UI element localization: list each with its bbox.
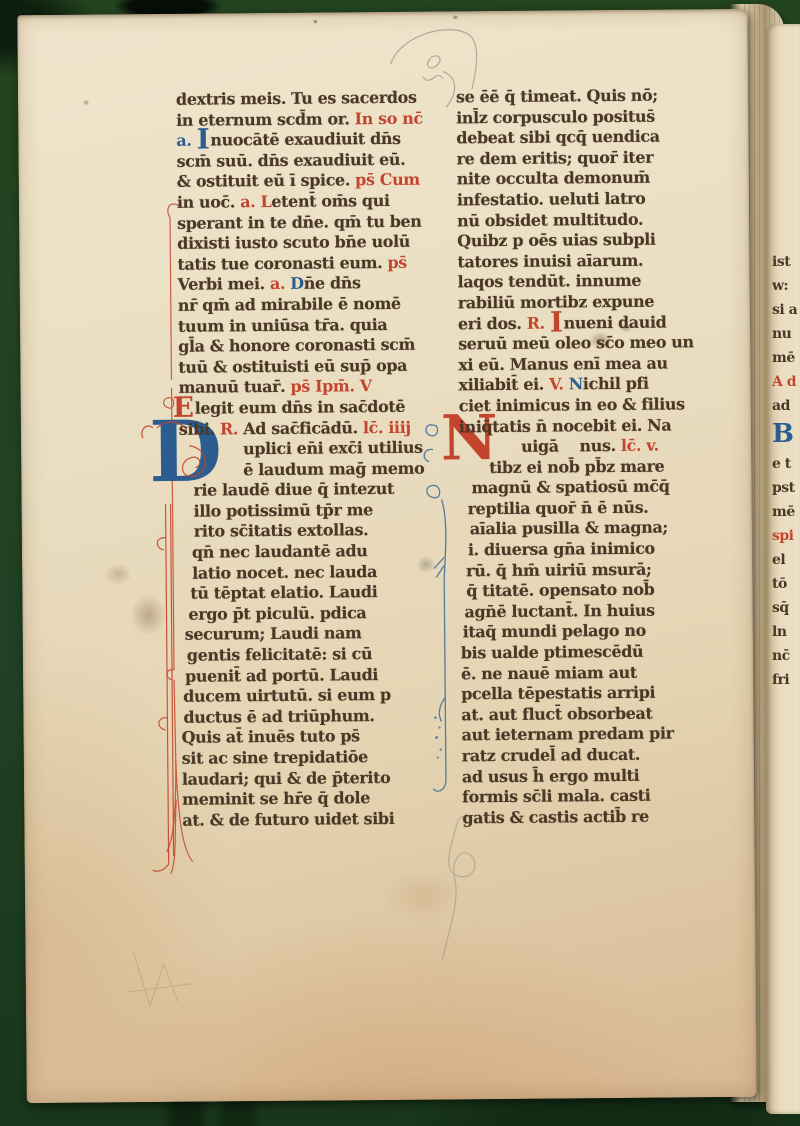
text-segment: tuū & ostituisti eū sup̄ opa bbox=[178, 356, 407, 377]
text-segment: ratz crudel̄ ad ducat. bbox=[462, 745, 640, 766]
text-segment: N bbox=[569, 375, 583, 394]
text-line: ē. ne nauē miam aut bbox=[461, 661, 761, 684]
text-line: gl̄a & honore coronasti scm̄ bbox=[178, 334, 478, 357]
text-segment: Ad sac̄ficādū. bbox=[243, 418, 363, 438]
text-segment: ē laudum maḡ memo bbox=[243, 458, 424, 479]
text-line: debeat sibi qcq̄ uendica bbox=[456, 126, 756, 149]
text-segment: ciet inimicus in eo & filius bbox=[459, 394, 685, 415]
text-segment: debeat sibi qcq̄ uendica bbox=[456, 127, 659, 148]
text-segment: nite occulta demonum̄ bbox=[457, 168, 650, 189]
text-segment: tū tēptat elatio. Laudi bbox=[190, 582, 377, 603]
text-line: ergo p̄t piculū. pdica bbox=[188, 602, 480, 625]
edge-text-fragment: el bbox=[772, 548, 798, 572]
text-segment: ad usus h̄ ergo multi bbox=[462, 765, 640, 786]
text-segment: uplici en̄i exc̄i utilius bbox=[243, 438, 423, 459]
text-line: xiliabit̄ ei. V. Nichil pfi bbox=[458, 373, 758, 396]
text-line: illo potissimū tp̄r me bbox=[194, 499, 480, 522]
text-segment: aīalia pusilla & magna; bbox=[470, 518, 668, 539]
text-column-right: se ēē q̄ timeat. Quis nō;inl̄z corpuscul… bbox=[456, 85, 762, 829]
faint-scratch-bottom-left bbox=[105, 944, 216, 1015]
text-line: tuum in uniūsa tr̄a. quia bbox=[178, 314, 478, 337]
text-segment: aut ieternam predam pir bbox=[461, 724, 673, 745]
text-segment: V. bbox=[549, 375, 569, 394]
text-line: laqos tendūt. innume bbox=[458, 270, 758, 293]
text-line: latio nocet. nec lauda bbox=[192, 561, 480, 584]
text-segment: reptilia quor̄ n̄ ē nūs. bbox=[468, 498, 649, 519]
text-segment: xi eū. Manus enī mea au bbox=[458, 353, 668, 374]
text-line: pcella tēpestatis arripi bbox=[461, 682, 761, 705]
text-segment: gl̄a & honore coronasti scm̄ bbox=[178, 335, 415, 356]
text-segment: at. aut fluct̄ obsorbeat bbox=[461, 704, 652, 725]
text-segment: nū obsidet multitudo. bbox=[457, 209, 643, 230]
text-segment: sit ac sine trepidatiōe bbox=[182, 747, 368, 768]
text-segment: ps̄ bbox=[387, 253, 407, 272]
text-line: ductus ē ad triūphum. bbox=[183, 705, 481, 728]
text-segment: sperant in te dn̄e. qm̄ tu ben bbox=[177, 211, 422, 232]
text-line: a. Inuocātē exaudiuit dn̄s bbox=[176, 128, 476, 151]
text-segment: nr̄ qm̄ ad mirabile ē nomē bbox=[178, 294, 401, 315]
text-segment: lc̄. v. bbox=[621, 436, 659, 455]
text-segment: I bbox=[197, 123, 210, 156]
text-line: Quis at̄ inuēs tuto ps̄ bbox=[181, 726, 481, 749]
text-segment: uigā nus. bbox=[521, 436, 621, 456]
text-segment: In so nc̄ bbox=[355, 108, 423, 128]
photograph-of-manuscript: { "palette": { "background_green": "#1f4… bbox=[0, 0, 800, 1126]
text-line: aut ieternam predam pir bbox=[461, 723, 761, 746]
text-line: & ostituit eū ī spice. ps̄ Cum bbox=[177, 170, 477, 193]
text-line: dextris meis. Tu es sacerdos bbox=[176, 87, 476, 110]
text-line: tibz ei nob̄ pb̄z mare bbox=[489, 455, 759, 478]
text-segment: bis ualde ptimescēdū bbox=[461, 642, 644, 663]
edge-text-fragment: mē bbox=[772, 500, 798, 524]
text-segment: eri dos. bbox=[458, 313, 527, 333]
text-segment: formis sc̄li mala. casti bbox=[462, 786, 650, 807]
text-line: q̄ titatē. opensato nob̄ bbox=[466, 579, 760, 602]
text-line: ad usus h̄ ergo multi bbox=[462, 764, 762, 787]
text-line: ratz crudel̄ ad ducat. bbox=[462, 744, 762, 767]
text-segment: tatores inuisi aīarum. bbox=[457, 251, 643, 272]
text-line: itaq̄ mundi pelago no bbox=[463, 620, 761, 643]
text-segment: puenit̄ ad portū. Laudi bbox=[185, 665, 378, 686]
text-segment: dextris meis. Tu es sacerdos bbox=[176, 88, 417, 109]
text-segment: & ostituit eū ī spice. bbox=[177, 171, 356, 192]
text-segment: ē. ne nauē miam aut bbox=[461, 662, 637, 683]
text-line: sperant in te dn̄e. qm̄ tu ben bbox=[177, 211, 477, 234]
text-line: infestatio. ueluti latro bbox=[457, 188, 757, 211]
text-segment: qn̄ nec laudantē adu bbox=[192, 541, 368, 562]
edge-text-fragment: spi bbox=[772, 524, 798, 548]
text-segment: magnū & spatiosū mc̄q̄ bbox=[471, 477, 669, 498]
text-segment: q̄ titatē. opensato nob̄ bbox=[466, 580, 654, 601]
text-line: sibi. R. Ad sac̄ficādū. lc̄. iiij bbox=[179, 417, 479, 440]
text-segment: n̄e dn̄s bbox=[304, 274, 361, 293]
text-line: reptilia quor̄ n̄ ē nūs. bbox=[468, 497, 760, 520]
text-line: uplici en̄i exc̄i utilius bbox=[243, 437, 479, 460]
text-segment: rū. q̄ hm̄ uiriū msurā; bbox=[466, 559, 652, 580]
text-line: laudari; qui & de p̄terito bbox=[182, 767, 482, 790]
text-line: meminit se hr̄e q̄ dole bbox=[182, 787, 482, 810]
text-line: se ēē q̄ timeat. Quis nō; bbox=[456, 85, 756, 108]
text-segment: ductus ē ad triūphum. bbox=[183, 706, 374, 727]
text-line: scm̄ suū. dn̄s exaudiuit eū. bbox=[176, 149, 476, 172]
edge-text-fragment: w: bbox=[772, 274, 798, 298]
text-line: puenit̄ ad portū. Laudi bbox=[185, 664, 481, 687]
text-segment: etent̄ om̄s qui bbox=[271, 191, 389, 211]
text-line: formis sc̄li mala. casti bbox=[462, 785, 762, 808]
pen-trial-bottom bbox=[414, 811, 515, 962]
text-line: rū. q̄ hm̄ uiriū msurā; bbox=[466, 558, 760, 581]
text-line: tatores inuisi aīarum. bbox=[457, 250, 757, 273]
text-segment: laudari; qui & de p̄terito bbox=[182, 768, 391, 789]
text-line: tatis tue coronasti eum. ps̄ bbox=[177, 252, 477, 275]
text-line: i. diuersa gn̄a inimico bbox=[468, 538, 760, 561]
text-line: seruū meū oleo sc̄o meo un bbox=[458, 332, 758, 355]
text-segment: gentis felicitatē: si cū bbox=[187, 644, 372, 665]
text-line: Verbi mei. a. Dn̄e dn̄s bbox=[178, 273, 478, 296]
text-segment: nuocātē exaudiuit dn̄s bbox=[210, 129, 400, 150]
text-segment: D bbox=[290, 274, 304, 293]
text-line: at. aut fluct̄ obsorbeat bbox=[461, 703, 761, 726]
edge-text-fragment: nc̄ bbox=[772, 644, 798, 668]
text-line: in uoc̄. a. Letent̄ om̄s qui bbox=[177, 190, 477, 213]
edge-text-fragment: ist bbox=[772, 250, 798, 274]
text-segment: illo potissimū tp̄r me bbox=[194, 500, 373, 521]
text-segment: inl̄z corpusculo positus̄ bbox=[456, 106, 655, 127]
text-segment: laqos tendūt. innume bbox=[458, 271, 642, 292]
edge-text-fragment: A d bbox=[772, 370, 798, 394]
text-line: at. & de futuro uidet sibi bbox=[182, 808, 482, 831]
text-segment: gatis & castis actib̄ re bbox=[462, 807, 649, 828]
text-segment: Verbi mei. bbox=[178, 274, 270, 294]
text-line: ducem uirtutū. si eum p bbox=[183, 684, 481, 707]
text-segment: meminit se hr̄e q̄ dole bbox=[182, 788, 370, 809]
text-line: in eternum scd̄m or. In so nc̄ bbox=[176, 108, 476, 131]
text-segment: a. bbox=[176, 131, 196, 150]
text-line: nr̄ qm̄ ad mirabile ē nomē bbox=[178, 293, 478, 316]
text-segment: ps̄ Cum bbox=[355, 170, 420, 190]
text-line: gatis & castis actib̄ re bbox=[462, 806, 762, 829]
text-segment: i. diuersa gn̄a inimico bbox=[468, 539, 655, 560]
text-segment: in uoc̄. bbox=[177, 192, 240, 212]
text-segment: manuū tuar̄. bbox=[178, 377, 290, 397]
edge-text-fragment: e t bbox=[772, 452, 798, 476]
text-segment: infestatio. ueluti latro bbox=[457, 189, 646, 210]
text-line: gentis felicitatē: si cū bbox=[187, 643, 481, 666]
text-line: rie laudē diue q̄ intezut bbox=[193, 478, 479, 501]
text-segment: at. & de futuro uidet sibi bbox=[182, 809, 394, 830]
text-line: manuū tuar̄. ps̄ Ipm̄. V bbox=[178, 376, 478, 399]
edge-text-fragment: sq̄ bbox=[772, 596, 798, 620]
edge-text-fragment: nu bbox=[772, 322, 798, 346]
text-segment: tuum in uniūsa tr̄a. quia bbox=[178, 315, 388, 336]
text-segment: dixisti iusto scuto bn̄e uolū bbox=[177, 232, 410, 253]
text-segment: ergo p̄t piculū. pdica bbox=[188, 603, 366, 624]
text-segment: R. bbox=[527, 313, 550, 332]
edge-text-fragment: tō bbox=[772, 572, 798, 596]
text-segment: itaq̄ mundi pelago no bbox=[463, 621, 646, 642]
text-segment: se ēē q̄ timeat. Quis nō; bbox=[456, 86, 658, 107]
next-page-text: istw:si anumēA dadBe tpstmēspieltōsq̄lnn… bbox=[772, 250, 800, 692]
edge-text-fragment: pst bbox=[772, 476, 798, 500]
text-segment: lc̄. iiij bbox=[363, 417, 411, 436]
text-segment: tatis tue coronasti eum. bbox=[177, 253, 387, 274]
text-segment: Quibz p oēs uias subpli bbox=[457, 230, 655, 251]
text-segment: latio nocet. nec lauda bbox=[192, 562, 377, 583]
text-line: re dem eritis; quor̄ iter bbox=[456, 147, 756, 170]
text-line: tū tēptat elatio. Laudi bbox=[190, 581, 480, 604]
edge-text-fragment: ad bbox=[772, 394, 798, 418]
text-line: aīalia pusilla & magna; bbox=[470, 517, 760, 540]
text-segment: rito sc̄itatis extollas. bbox=[194, 521, 369, 542]
text-segment: rie laudē diue q̄ intezut bbox=[193, 479, 394, 500]
text-segment: pcella tēpestatis arripi bbox=[461, 683, 655, 704]
manuscript-page: D N bbox=[17, 9, 756, 1103]
text-line: qn̄ nec laudantē adu bbox=[192, 540, 480, 563]
text-segment: iniq̄tatis n̄ nocebit ei. Na bbox=[459, 415, 672, 436]
text-segment: ps̄ Ipm̄. V bbox=[290, 376, 371, 396]
text-line: securum; Laudi nam bbox=[185, 623, 481, 646]
text-segment: scm̄ suū. dn̄s exaudiuit eū. bbox=[176, 150, 405, 171]
text-segment: tibz ei nob̄ pb̄z mare bbox=[489, 456, 664, 477]
text-line: magnū & spatiosū mc̄q̄ bbox=[471, 476, 759, 499]
edge-text-fragment: si a bbox=[772, 298, 798, 322]
text-line: rabiliū mortibz expune bbox=[458, 291, 758, 314]
text-segment: a. L bbox=[240, 192, 271, 211]
text-line: inl̄z corpusculo positus̄ bbox=[456, 105, 756, 128]
edge-text-fragment: ln bbox=[772, 620, 798, 644]
text-line: sit ac sine trepidatiōe bbox=[182, 746, 482, 769]
edge-text-fragment: B bbox=[772, 418, 798, 452]
text-segment: nueni dauid bbox=[564, 312, 667, 332]
text-line: eri dos. R. Inueni dauid bbox=[458, 311, 758, 334]
text-segment: agn̄ē luctant̄. In huius bbox=[464, 601, 654, 622]
text-segment: ichil pfi bbox=[583, 374, 649, 394]
text-segment: legit eum dn̄s in sac̄dotē bbox=[195, 397, 406, 418]
text-line: Elegit eum dn̄s in sac̄dotē bbox=[173, 396, 479, 419]
edge-text-fragment: mē bbox=[772, 346, 798, 370]
text-segment: Quis at̄ inuēs tuto ps̄ bbox=[181, 727, 359, 748]
text-line: bis ualde ptimescēdū bbox=[461, 641, 761, 664]
text-line: ciet inimicus in eo & filius bbox=[459, 394, 759, 417]
text-column-left: dextris meis. Tu es sacerdosin eternum s… bbox=[176, 87, 482, 831]
text-segment: re dem eritis; quor̄ iter bbox=[456, 147, 653, 168]
text-line: ē laudum maḡ memo bbox=[243, 458, 479, 481]
text-line: tuū & ostituisti eū sup̄ opa bbox=[178, 355, 478, 378]
text-line: dixisti iusto scuto bn̄e uolū bbox=[177, 231, 477, 254]
text-segment: a. bbox=[270, 274, 290, 293]
text-segment: securum; Laudi nam bbox=[185, 624, 362, 645]
text-line: uigā nus. lc̄. v. bbox=[521, 435, 759, 458]
edge-text-fragment: fri bbox=[772, 668, 798, 692]
text-segment: xiliabit̄ ei. bbox=[458, 375, 549, 395]
text-segment: R. bbox=[220, 419, 243, 438]
next-page-sliver: istw:si anumēA dadBe tpstmēspieltōsq̄lnn… bbox=[766, 24, 800, 1114]
text-line: iniq̄tatis n̄ nocebit ei. Na bbox=[459, 414, 759, 437]
text-line: xi eū. Manus enī mea au bbox=[458, 352, 758, 375]
text-line: agn̄ē luctant̄. In huius bbox=[464, 600, 760, 623]
text-segment: seruū meū oleo sc̄o meo un bbox=[458, 332, 694, 353]
text-line: nite occulta demonum̄ bbox=[457, 167, 757, 190]
text-segment: I bbox=[550, 305, 563, 338]
text-segment: E bbox=[173, 391, 194, 424]
text-line: Quibz p oēs uias subpli bbox=[457, 229, 757, 252]
text-line: nū obsidet multitudo. bbox=[457, 208, 757, 231]
text-segment: ducem uirtutū. si eum p bbox=[183, 685, 391, 706]
text-line: rito sc̄itatis extollas. bbox=[194, 520, 480, 543]
